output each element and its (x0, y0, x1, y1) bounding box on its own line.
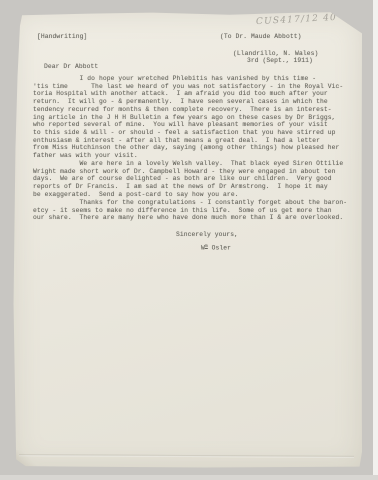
letter-paragraph: We are here in a lovely Welsh valley. Th… (33, 160, 343, 199)
corner-curl-shadow (13, 450, 39, 468)
scan-edge-highlight (373, 0, 378, 480)
handwriting-label: [Handwriting] (37, 33, 87, 41)
letter-paragraph: I do hope your wretched Phlebitis has va… (33, 75, 343, 160)
archive-reference-note: CUS417/12 40 (256, 13, 337, 27)
date-line: 3rd (Sept., 1911) (247, 57, 313, 65)
addressee-note: (To Dr. Maude Abbott) (220, 33, 301, 41)
closing-line: Sincerely yours, (176, 231, 238, 239)
salutation: Dear Dr Abbott (44, 63, 98, 71)
fold-crease (19, 454, 354, 458)
letter-page: CUS417/12 40 [Handwriting] (To Dr. Maude… (13, 12, 362, 468)
letter-paragraph: Thanks for the congratulations - I const… (33, 199, 347, 222)
signature-surname: Osler (208, 245, 231, 252)
scan-edge-shadow (0, 475, 378, 480)
signature: Wm Osler (201, 243, 231, 252)
